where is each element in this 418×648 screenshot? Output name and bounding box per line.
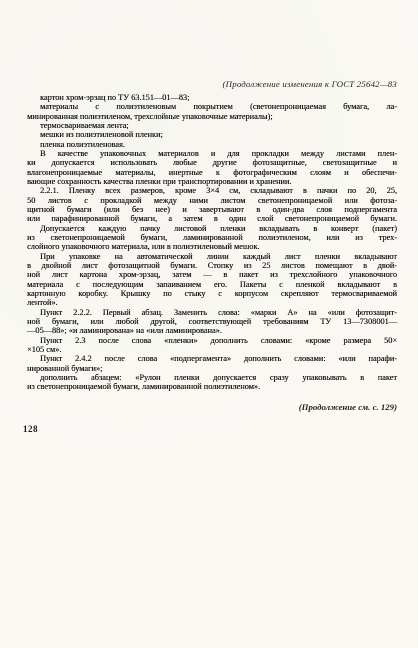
text-line: из светонепроницаемой бумаги, ламинирова…	[27, 382, 397, 391]
text-line: ной бумаги, или любой другой, соответств…	[27, 317, 397, 326]
text-line: или парафинированной бумаги, а затем в о…	[27, 214, 397, 223]
text-line: Пункт 2.4.2 после слова «подпергамента» …	[27, 354, 397, 363]
text-line: материала с последующим запаиванием его.…	[27, 280, 397, 289]
text-line: слойного упаковочного материала, или в п…	[27, 242, 397, 251]
text-line: пленка полиэтиленовая.	[27, 140, 397, 149]
text-line: Пункт 2.2.2. Первый абзац. Заменить слов…	[27, 308, 397, 317]
text-line: влагонепроницаемые материалы, инертные к…	[27, 168, 397, 177]
text-line: термосвариваемая лента;	[27, 121, 397, 130]
text-line: Допускается каждую пачку листовой пленки…	[27, 224, 397, 233]
text-line: минированная полиэтиленом, трехслойные у…	[27, 112, 397, 121]
text-line: В качестве упаковочных материалов и для …	[27, 149, 397, 158]
text-line: 50 листов с прокладкой между ними листом…	[27, 196, 397, 205]
page-number: 128	[23, 424, 38, 434]
document-body: картон хром-эрзац по ТУ 63.151—01—83;мат…	[27, 93, 397, 392]
scanned-document-page: (Продолжение изменения к ГОСТ 25642—83 к…	[0, 0, 418, 648]
text-line: щитной бумаги (или без нее) и завертываю…	[27, 205, 397, 214]
continuation-footer-note: (Продолжение см. с. 129)	[299, 402, 397, 412]
text-line: материалы с полиэтиленовым покрытием (св…	[27, 102, 397, 111]
text-line: картонную коробку. Крышку по стыку с кор…	[27, 289, 397, 298]
continuation-header-note: (Продолжение изменения к ГОСТ 25642—83	[223, 79, 397, 89]
text-line: —05—88»; «и ламинирована» на «или ламини…	[27, 326, 397, 335]
text-line: 2.2.1. Пленку всех размеров, кроме 3×4 с…	[27, 186, 397, 195]
text-line: мешки из полиэтиленовой пленки;	[27, 130, 397, 139]
text-line: картон хром-эрзац по ТУ 63.151—01—83;	[27, 93, 397, 102]
text-line: ной лист картона хром-эрзац, затем — в п…	[27, 270, 397, 279]
text-line: лентой».	[27, 298, 397, 307]
text-line: Пункт 2.3 после слова «пленки» дополнить…	[27, 336, 397, 345]
text-line: ×105 см».	[27, 345, 397, 354]
text-line: дополнить абзацем: «Рулон пленки допуска…	[27, 373, 397, 382]
text-line: нированной бумаги»;	[27, 364, 397, 373]
text-line: из светонепроницаемой бумаги, ламинирова…	[27, 233, 397, 242]
text-line: вающие сохранность качества пленки при т…	[27, 177, 397, 186]
text-line: При упаковке на автоматической линии каж…	[27, 252, 397, 261]
text-line: ки допускается использовать любые другие…	[27, 158, 397, 167]
text-line: в двойной лист фотозащитной бумаги. Стоп…	[27, 261, 397, 270]
